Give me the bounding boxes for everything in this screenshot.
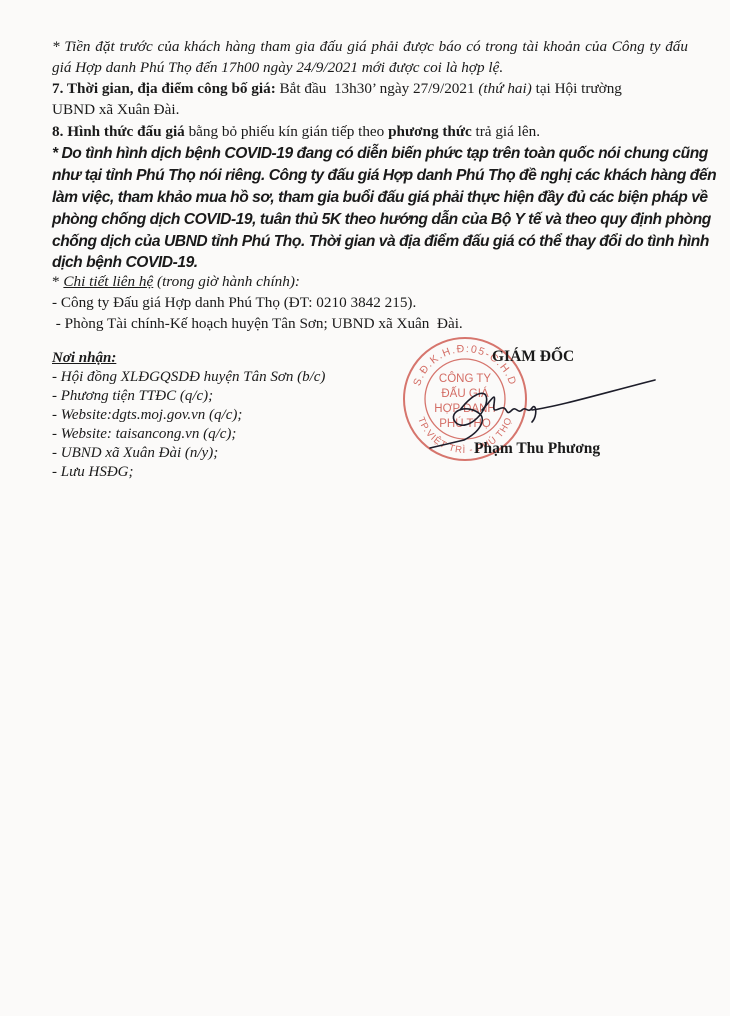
contact-item-2: - Phòng Tài chính-Kế hoạch huyện Tân Sơn… bbox=[52, 313, 688, 334]
handwritten-signature-icon bbox=[420, 370, 660, 450]
recipients-heading: Nơi nhận: bbox=[52, 349, 116, 369]
deposit-note-line-2: giá Hợp danh Phú Thọ đến 17h00 ngày 24/9… bbox=[52, 57, 688, 78]
section-8-method: phương thức bbox=[388, 123, 472, 140]
recipient-item: - UBND xã Xuân Đài (n/y); bbox=[52, 444, 218, 464]
section-7-text-a: Bắt đầu 13h30’ ngày 27/9/2021 bbox=[276, 80, 479, 97]
section-7-label: 7. Thời gian, địa điểm công bố giá: bbox=[52, 80, 276, 97]
recipient-item: - Lưu HSĐG; bbox=[52, 463, 134, 483]
section-8: 8. Hình thức đấu giá bằng bỏ phiếu kín g… bbox=[52, 121, 688, 142]
signature-title: GIÁM ĐỐC bbox=[492, 348, 574, 366]
covid-note-line-4: phòng chống dịch COVID-19, tuân thủ 5K t… bbox=[52, 209, 688, 230]
contact-heading-text: Chi tiết liên hệ bbox=[63, 273, 153, 290]
section-8-label: 8. Hình thức đấu giá bbox=[52, 123, 185, 140]
covid-note-line-1: * Do tình hình dịch bệnh COVID-19 đang c… bbox=[52, 143, 688, 164]
section-8-text-a: bằng bỏ phiếu kín gián tiếp theo bbox=[185, 123, 388, 140]
signatory-name: Phạm Thu Phương bbox=[474, 440, 600, 458]
covid-note-line-3: làm việc, tham khảo mua hồ sơ, tham gia … bbox=[52, 187, 688, 208]
recipient-item: - Website: taisancong.vn (q/c); bbox=[52, 425, 236, 445]
document-page: * Tiền đặt trước của khách hàng tham gia… bbox=[0, 0, 730, 1016]
section-7-line-2: UBND xã Xuân Đài. bbox=[52, 99, 688, 120]
contact-item-1: - Công ty Đấu giá Hợp danh Phú Thọ (ĐT: … bbox=[52, 292, 688, 313]
recipient-item: - Phương tiện TTĐC (q/c); bbox=[52, 387, 213, 407]
contact-heading: * Chi tiết liên hệ (trong giờ hành chính… bbox=[52, 271, 688, 292]
recipient-item: - Website:dgts.moj.gov.vn (q/c); bbox=[52, 406, 242, 426]
covid-note-line-2: như tại tỉnh Phú Thọ nói riêng. Công ty … bbox=[52, 165, 688, 186]
contact-bullet: * bbox=[52, 273, 63, 290]
contact-heading-suffix: (trong giờ hành chính): bbox=[153, 273, 300, 290]
recipient-item: - Hội đồng XLĐGQSDĐ huyện Tân Sơn (b/c) bbox=[52, 368, 325, 388]
covid-note-line-5: chống dịch của UBND tỉnh Phú Thọ. Thời g… bbox=[52, 231, 688, 252]
covid-note-line-6: dịch bệnh COVID-19. bbox=[52, 252, 688, 273]
section-8-text-c: trả giá lên. bbox=[472, 123, 540, 140]
section-7-line-1: 7. Thời gian, địa điểm công bố giá: Bắt … bbox=[52, 78, 688, 99]
section-7-weekday: (thứ hai) bbox=[478, 80, 531, 97]
section-7-text-b: tại Hội trường bbox=[532, 80, 622, 97]
deposit-note-line-1: * Tiền đặt trước của khách hàng tham gia… bbox=[52, 36, 688, 57]
